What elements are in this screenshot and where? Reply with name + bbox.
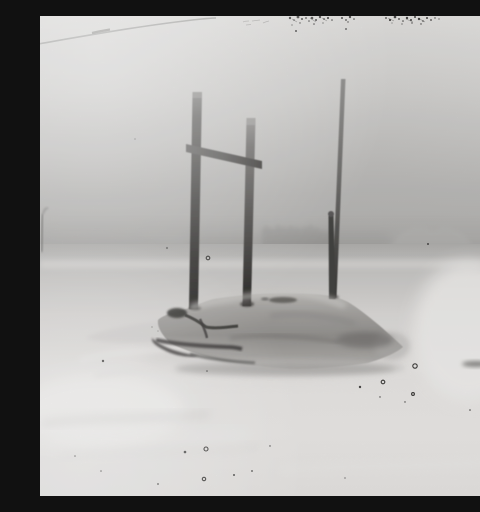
photograph	[40, 16, 480, 496]
film-grain	[40, 16, 480, 496]
photo-canvas	[40, 16, 480, 496]
